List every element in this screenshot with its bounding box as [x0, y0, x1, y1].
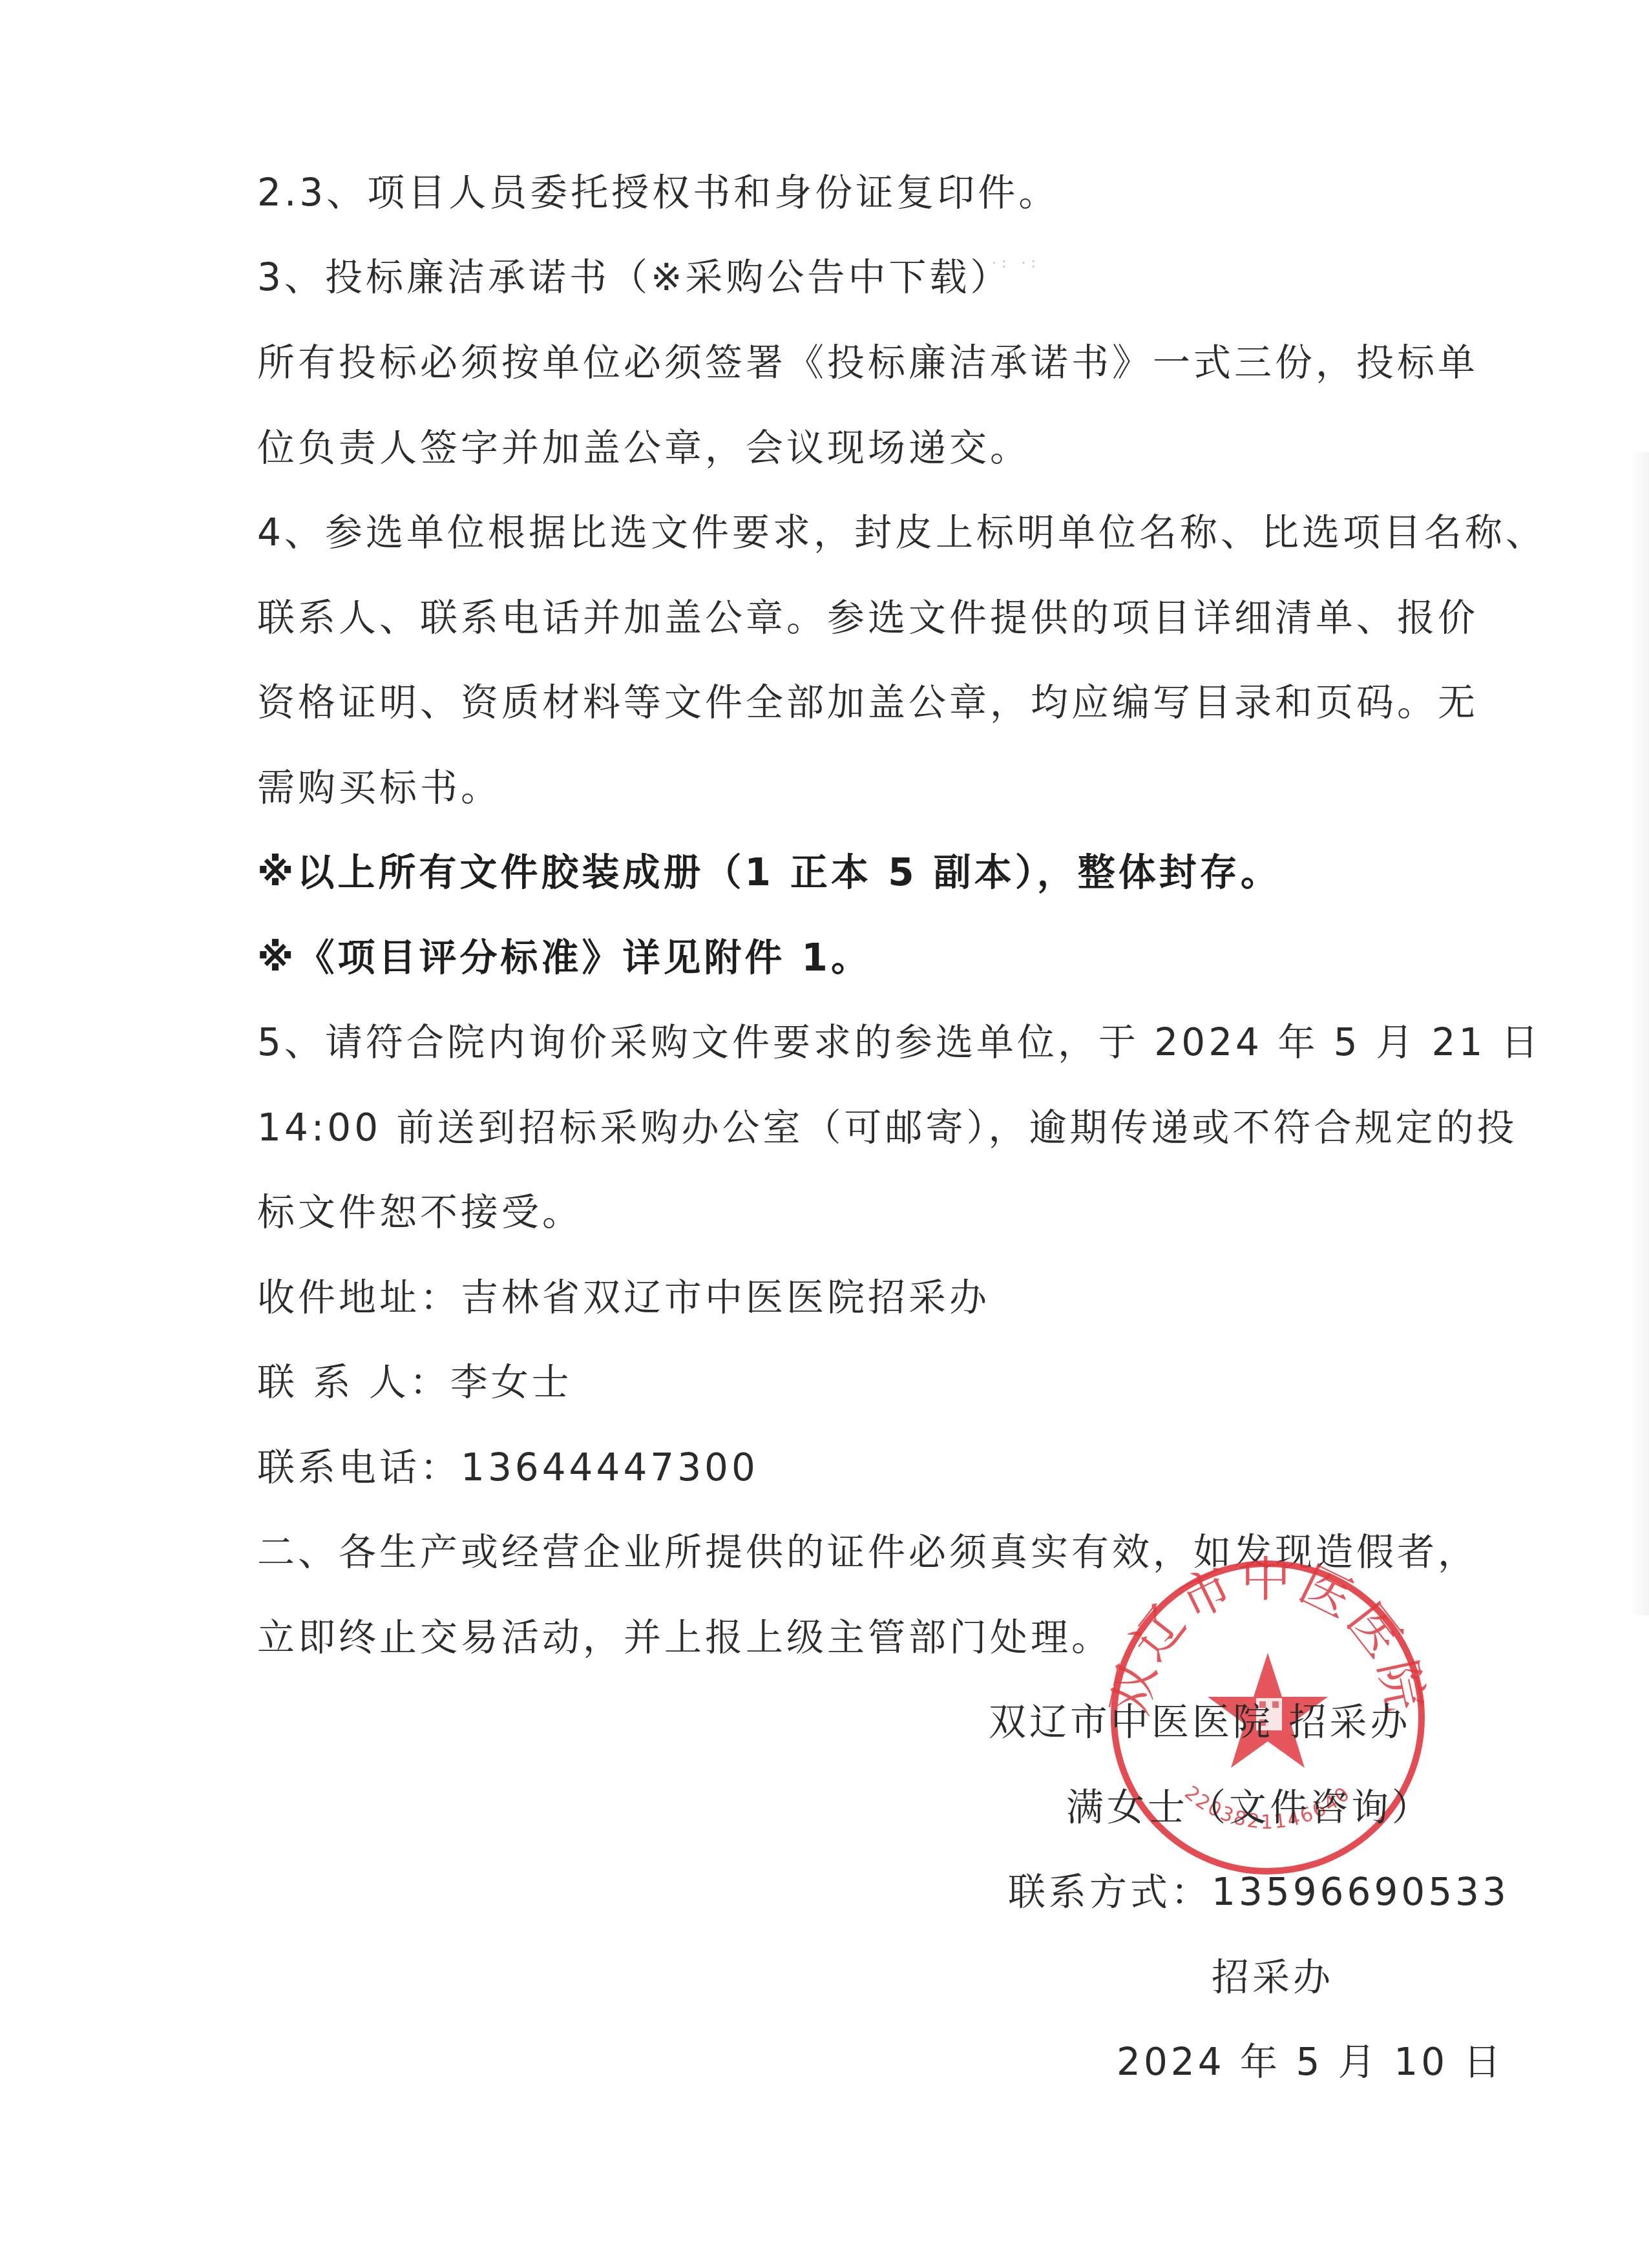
line-item-5-1: 5、请符合院内询价采购文件要求的参选单位，于 2024 年 5 月 21 日: [257, 1020, 1407, 1065]
document-page: ·: ·: 2.3、项目人员委托授权书和身份证复印件。 3、投标廉洁承诺书（※采…: [0, 0, 1649, 2268]
line-item-5-3: 标文件恕不接受。: [257, 1190, 1407, 1235]
signature-consult: 满女士（文件咨询）: [1066, 1785, 1433, 1830]
address-line: 收件地址：吉林省双辽市中医医院招采办: [257, 1275, 1407, 1320]
line-item-2-3: 2.3、项目人员委托授权书和身份证复印件。: [257, 170, 1407, 215]
line-item-4-2: 联系人、联系电话并加盖公章。参选文件提供的项目详细清单、报价: [257, 595, 1407, 640]
line-item-3-body-1: 所有投标必须按单位必须签署《投标廉洁承诺书》一式三份，投标单: [257, 340, 1407, 385]
contact-phone-line: 联系电话：13644447300: [257, 1445, 1407, 1490]
scan-edge-shadow: [1630, 452, 1649, 1615]
note-binding: ※以上所有文件胶装成册（1 正本 5 副本），整体封存。: [257, 850, 1407, 895]
line-item-4-1: 4、参选单位根据比选文件要求，封皮上标明单位名称、比选项目名称、: [257, 510, 1407, 555]
line-item-4-3: 资格证明、资质材料等文件全部加盖公章，均应编写目录和页码。无: [257, 680, 1407, 725]
line-item-5-2: 14:00 前送到招标采购办公室（可邮寄），逾期传递或不符合规定的投: [257, 1105, 1407, 1150]
signature-org: 双辽市中医医院 招采办: [989, 1699, 1411, 1745]
note-scoring: ※《项目评分标准》详见附件 1。: [257, 935, 1407, 980]
signature-contact: 联系方式：13596690533: [1008, 1869, 1509, 1915]
line-item-3: 3、投标廉洁承诺书（※采购公告中下载）: [257, 255, 1407, 300]
line-item-4-4: 需购买标书。: [257, 765, 1407, 810]
signature-office: 招采办: [1212, 1955, 1334, 2000]
signature-date: 2024 年 5 月 10 日: [1117, 2039, 1504, 2084]
line-item-3-body-2: 位负责人签字并加盖公章，会议现场递交。: [257, 425, 1407, 470]
contact-person-line: 联 系 人：李女士: [257, 1360, 1407, 1405]
